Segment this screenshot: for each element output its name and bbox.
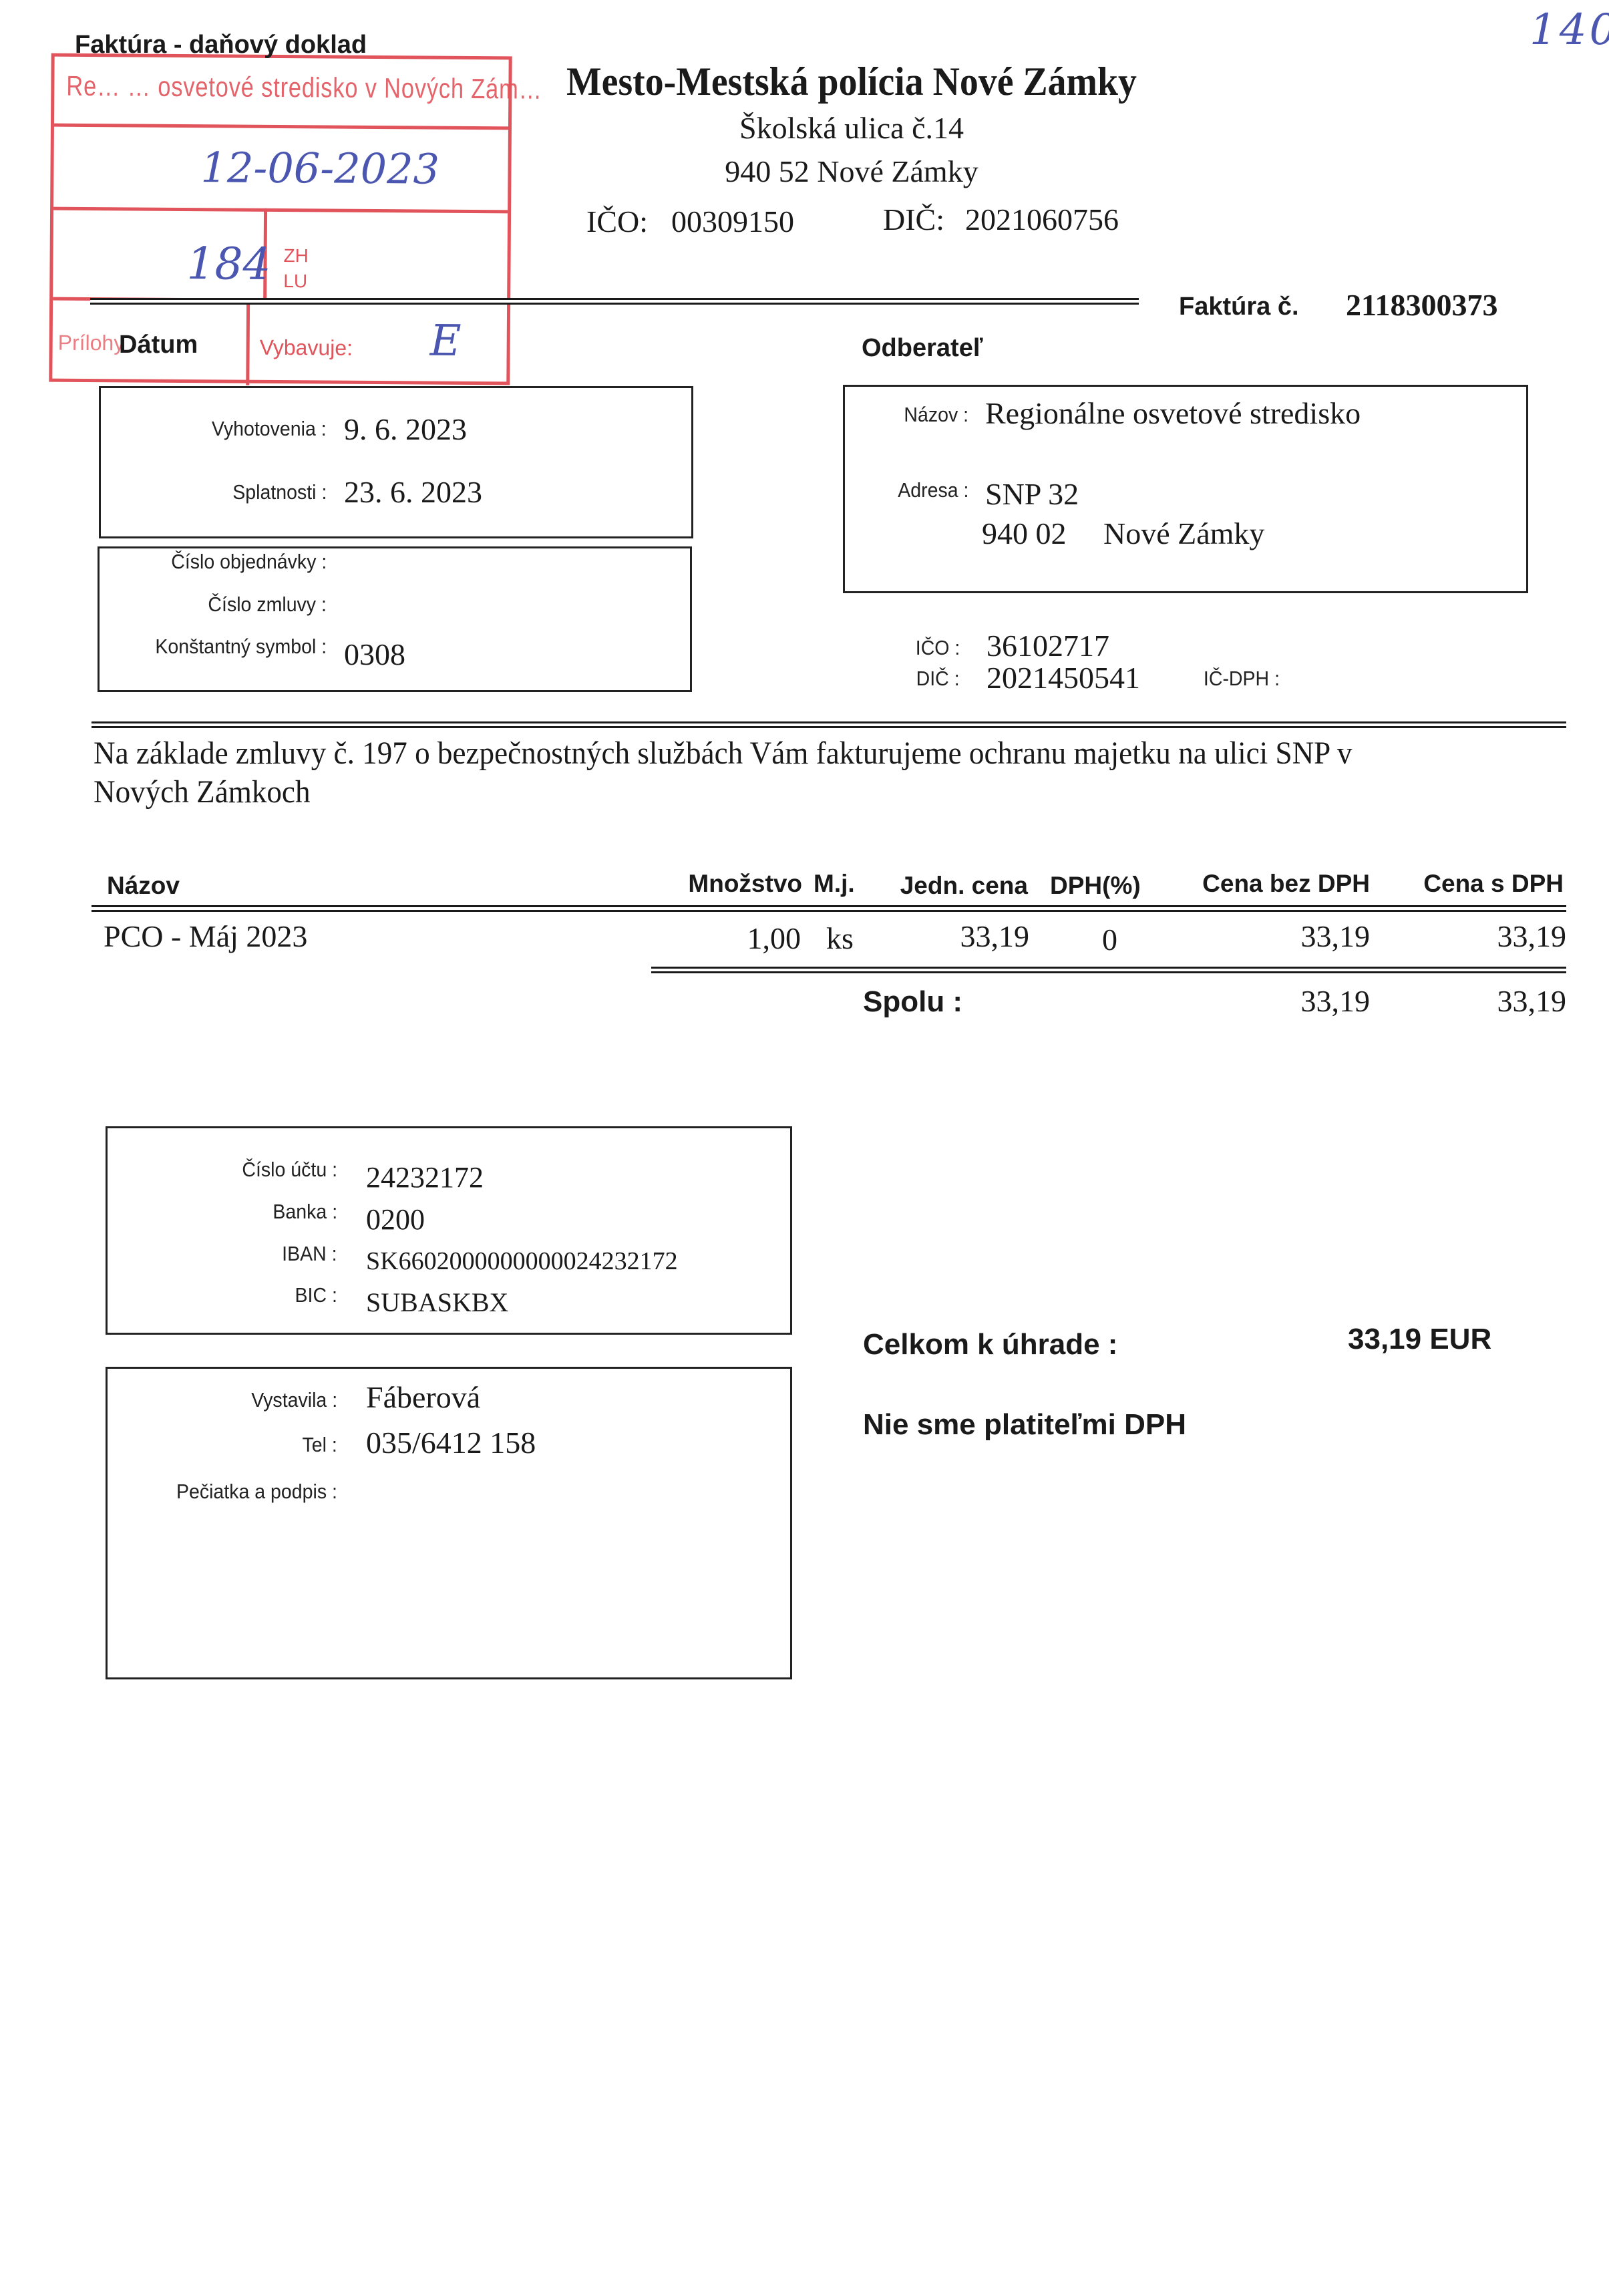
issued-by: Fáberová — [366, 1379, 480, 1415]
supplier-ico-label: IČO: — [586, 204, 648, 239]
invoice-description-line-2: Nových Zámkoch — [94, 774, 311, 810]
account-number-label: Číslo účtu : — [242, 1158, 337, 1182]
invoice-number: 2118300373 — [1346, 287, 1497, 323]
supplier-city: 940 52 Nové Zámky — [534, 154, 1169, 189]
stamp-handled-by-value: E — [429, 317, 461, 366]
stamp-received-date: 12-06-2023 — [200, 143, 439, 193]
stamp-registry-number: 184 — [186, 238, 271, 290]
document-type-title: Faktúra - daňový doklad — [75, 31, 367, 59]
due-date: 23. 6. 2023 — [344, 474, 482, 510]
supplier-ico: 00309150 — [671, 204, 794, 239]
customer-icdph-label: IČ-DPH : — [1204, 667, 1280, 691]
table-total-gross: 33,19 — [1497, 983, 1567, 1019]
table-total-label: Spolu : — [863, 985, 962, 1019]
item-unit: ks — [826, 921, 854, 956]
header-divider — [90, 298, 1139, 305]
iban: SK6602000000000024232172 — [366, 1247, 678, 1276]
col-header-vat-pct: DPH(%) — [1050, 872, 1141, 900]
invoice-description-line-1: Na základe zmluvy č. 197 o bezpečnostnýc… — [94, 735, 1352, 772]
customer-name: Regionálne osvetové stredisko — [985, 395, 1361, 431]
bic: SUBASKBX — [366, 1287, 508, 1318]
iban-label: IBAN : — [283, 1242, 337, 1266]
stamp-organization: Re… … osvetové stredisko v Nových Zám… — [66, 70, 542, 106]
table-total-net: 33,19 — [1301, 983, 1371, 1019]
supplier-dic-label: DIČ: — [883, 202, 944, 237]
item-qty: 1,00 — [747, 921, 801, 956]
col-header-unit: M.j. — [814, 870, 855, 898]
total-due-amount: 33,19 EUR — [1348, 1323, 1491, 1356]
dates-section-label: Dátum — [119, 331, 198, 359]
due-date-label: Splatnosti : — [232, 480, 327, 504]
bank-code-label: Banka : — [273, 1200, 337, 1224]
issued-date: 9. 6. 2023 — [344, 412, 467, 447]
table-header-divider — [92, 905, 1566, 912]
total-due-label: Celkom k úhrade : — [863, 1328, 1117, 1361]
constant-symbol: 0308 — [344, 637, 405, 672]
bic-label: BIC : — [295, 1283, 337, 1307]
vat-payer-note: Nie sme platiteľmi DPH — [863, 1408, 1186, 1442]
col-header-gross: Cena s DPH — [1423, 870, 1564, 898]
phone: 035/6412 158 — [366, 1425, 536, 1460]
supplier-dic: 2021060756 — [965, 202, 1119, 237]
issued-by-label: Vystavila : — [251, 1388, 337, 1412]
item-net: 33,19 — [1301, 919, 1371, 954]
issued-date-label: Vyhotovenia : — [212, 417, 327, 441]
account-number: 24232172 — [366, 1160, 484, 1194]
customer-address-label: Adresa : — [898, 478, 968, 502]
customer-ico: 36102717 — [987, 628, 1109, 663]
dates-box — [99, 386, 693, 538]
bank-code: 0200 — [366, 1202, 425, 1237]
invoice-number-label: Faktúra č. — [1179, 293, 1299, 321]
supplier-name: Mesto-Mestská polícia Nové Zámky — [556, 59, 1147, 105]
phone-label: Tel : — [303, 1433, 337, 1457]
col-header-net: Cena bez DPH — [1202, 870, 1370, 898]
col-header-name: Názov — [107, 872, 180, 900]
item-gross: 33,19 — [1497, 919, 1567, 954]
customer-name-label: Názov : — [904, 403, 968, 427]
col-header-qty: Množstvo — [688, 870, 802, 898]
col-header-unit-price: Jedn. cena — [900, 872, 1028, 900]
item-name: PCO - Máj 2023 — [104, 919, 307, 954]
customer-address-zip: 940 02 — [982, 516, 1067, 551]
customer-section-label: Odberateľ — [862, 334, 982, 363]
contract-number-label: Číslo zmluvy : — [208, 593, 327, 617]
customer-address-street: SNP 32 — [985, 476, 1079, 512]
constant-symbol-label: Konštantný symbol : — [155, 635, 327, 659]
stamp-code-2: LU — [283, 271, 307, 292]
customer-dic-label: DIČ : — [916, 667, 960, 691]
stamp-code-1: ZH — [284, 245, 309, 267]
stamp-signature-label: Pečiatka a podpis : — [176, 1480, 337, 1504]
table-total-divider — [651, 967, 1566, 973]
handwritten-page-number: 140 — [1530, 5, 1609, 55]
section-divider — [92, 721, 1566, 728]
customer-address-city: Nové Zámky — [1103, 516, 1264, 551]
item-unit-price: 33,19 — [960, 919, 1030, 954]
stamp-handled-by-label: Vybavuje: — [260, 335, 353, 361]
supplier-street: Školská ulica č.14 — [534, 110, 1169, 146]
customer-ico-label: IČO : — [915, 636, 960, 660]
item-vat-pct: 0 — [1102, 922, 1117, 957]
customer-dic: 2021450541 — [987, 660, 1140, 695]
stamp-attachments-label: Prílohy — [58, 331, 125, 356]
order-number-label: Číslo objednávky : — [171, 550, 327, 574]
